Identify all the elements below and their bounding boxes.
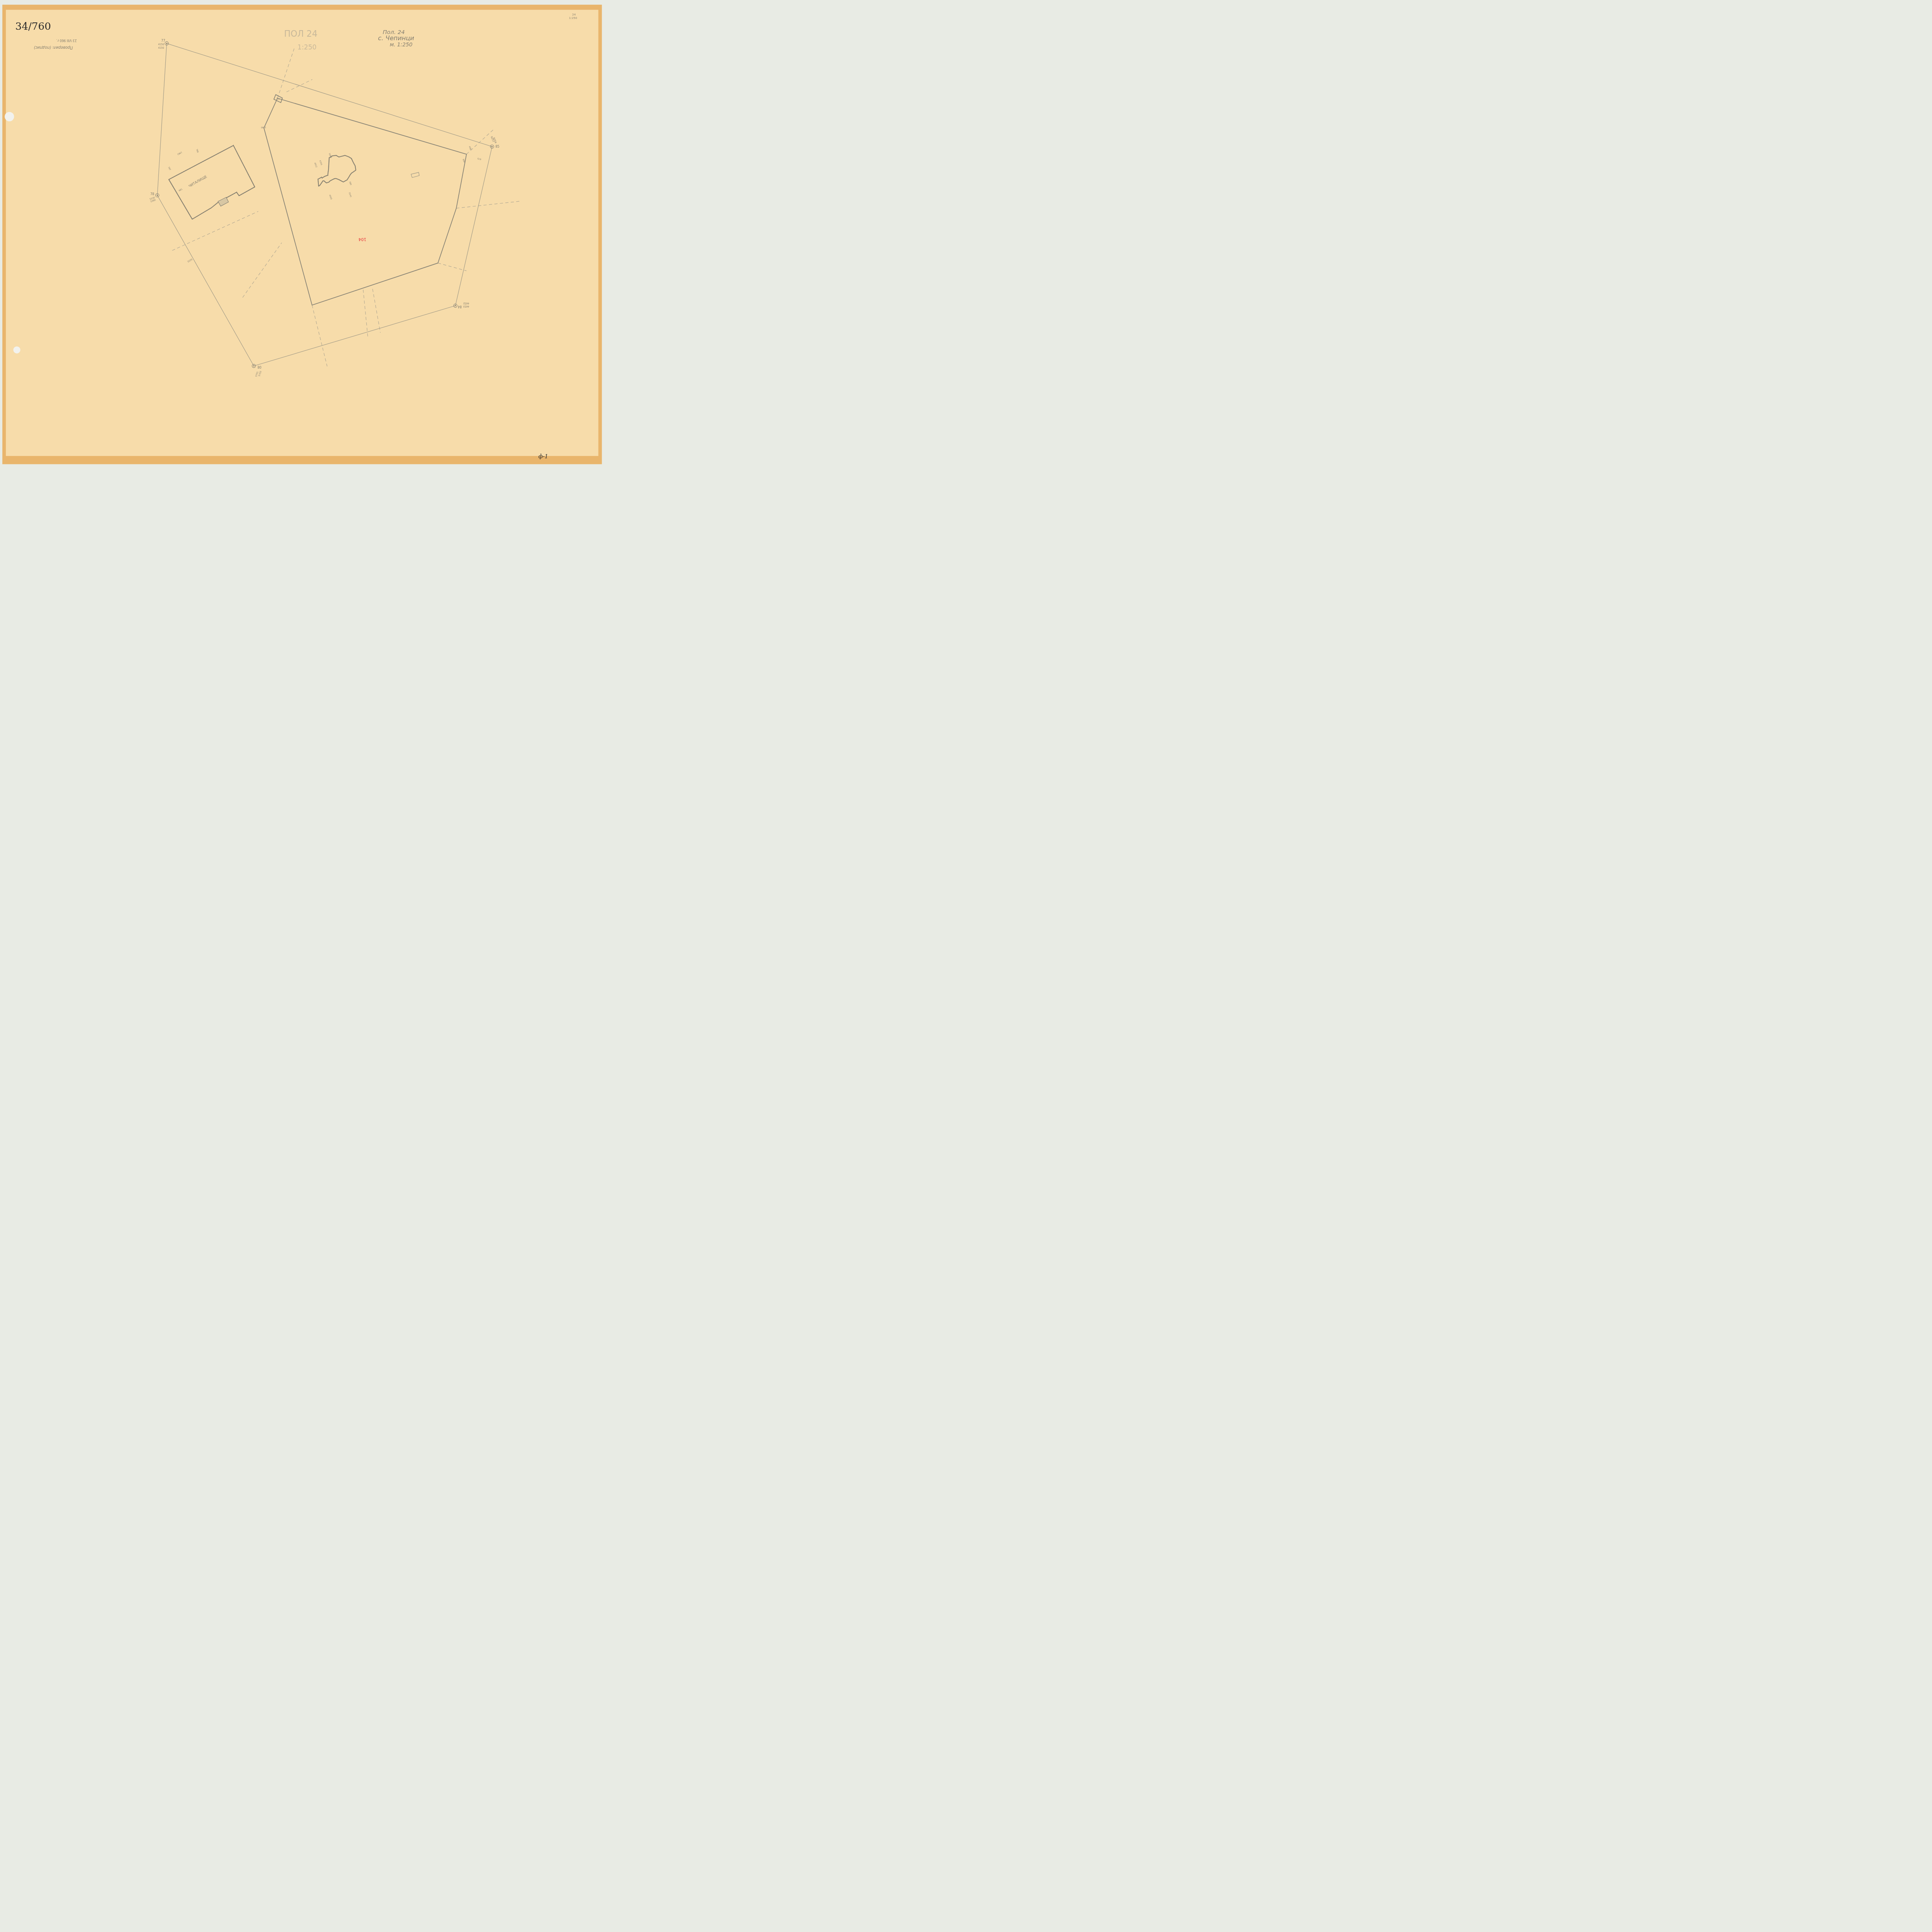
control-point-dot xyxy=(253,366,254,366)
point-value-84a: 4453 xyxy=(463,305,469,308)
point-label-78: 78 xyxy=(150,192,154,196)
sheet-mark: ф-1 xyxy=(539,454,548,460)
control-point-dot xyxy=(157,195,158,196)
parcel-number: 104 xyxy=(359,237,366,241)
scanned-survey-sheet: 34/760 23 VIII 960 г. Проверил: (подпис)… xyxy=(0,0,606,466)
control-point-dot xyxy=(455,305,456,306)
faint-scale: 1:250 xyxy=(298,44,317,51)
paper xyxy=(6,10,598,456)
point-value-77a: 4150 xyxy=(158,44,164,46)
tear-mark xyxy=(13,346,20,353)
point-value-84b: 4452 xyxy=(463,302,469,304)
title-village: с. Чепинци xyxy=(378,34,414,42)
dim-label: 1390 xyxy=(261,126,266,128)
point-label-80: 80 xyxy=(257,366,261,369)
corner-note-scale: 1:250 xyxy=(569,16,577,20)
archive-number: 34/760 xyxy=(15,21,51,32)
tear-mark xyxy=(5,112,14,121)
signature-date: 23 VIII 960 г. xyxy=(56,39,77,43)
title-scale: м. 1:250 xyxy=(390,42,413,48)
signature: Проверил: (подпис) xyxy=(34,45,73,49)
control-point-dot xyxy=(166,43,167,44)
faint-title: ПОЛ 24 xyxy=(284,29,317,39)
point-label-77: 77 xyxy=(161,39,165,43)
survey-plan-canvas: 34/760 23 VIII 960 г. Проверил: (подпис)… xyxy=(0,0,606,466)
corner-note-number: 24 xyxy=(572,13,576,16)
point-label-85: 85 xyxy=(495,145,499,148)
point-value-77b: 4150 xyxy=(158,47,164,49)
point-label-84: 84 xyxy=(458,305,462,309)
control-point-dot xyxy=(492,146,492,147)
